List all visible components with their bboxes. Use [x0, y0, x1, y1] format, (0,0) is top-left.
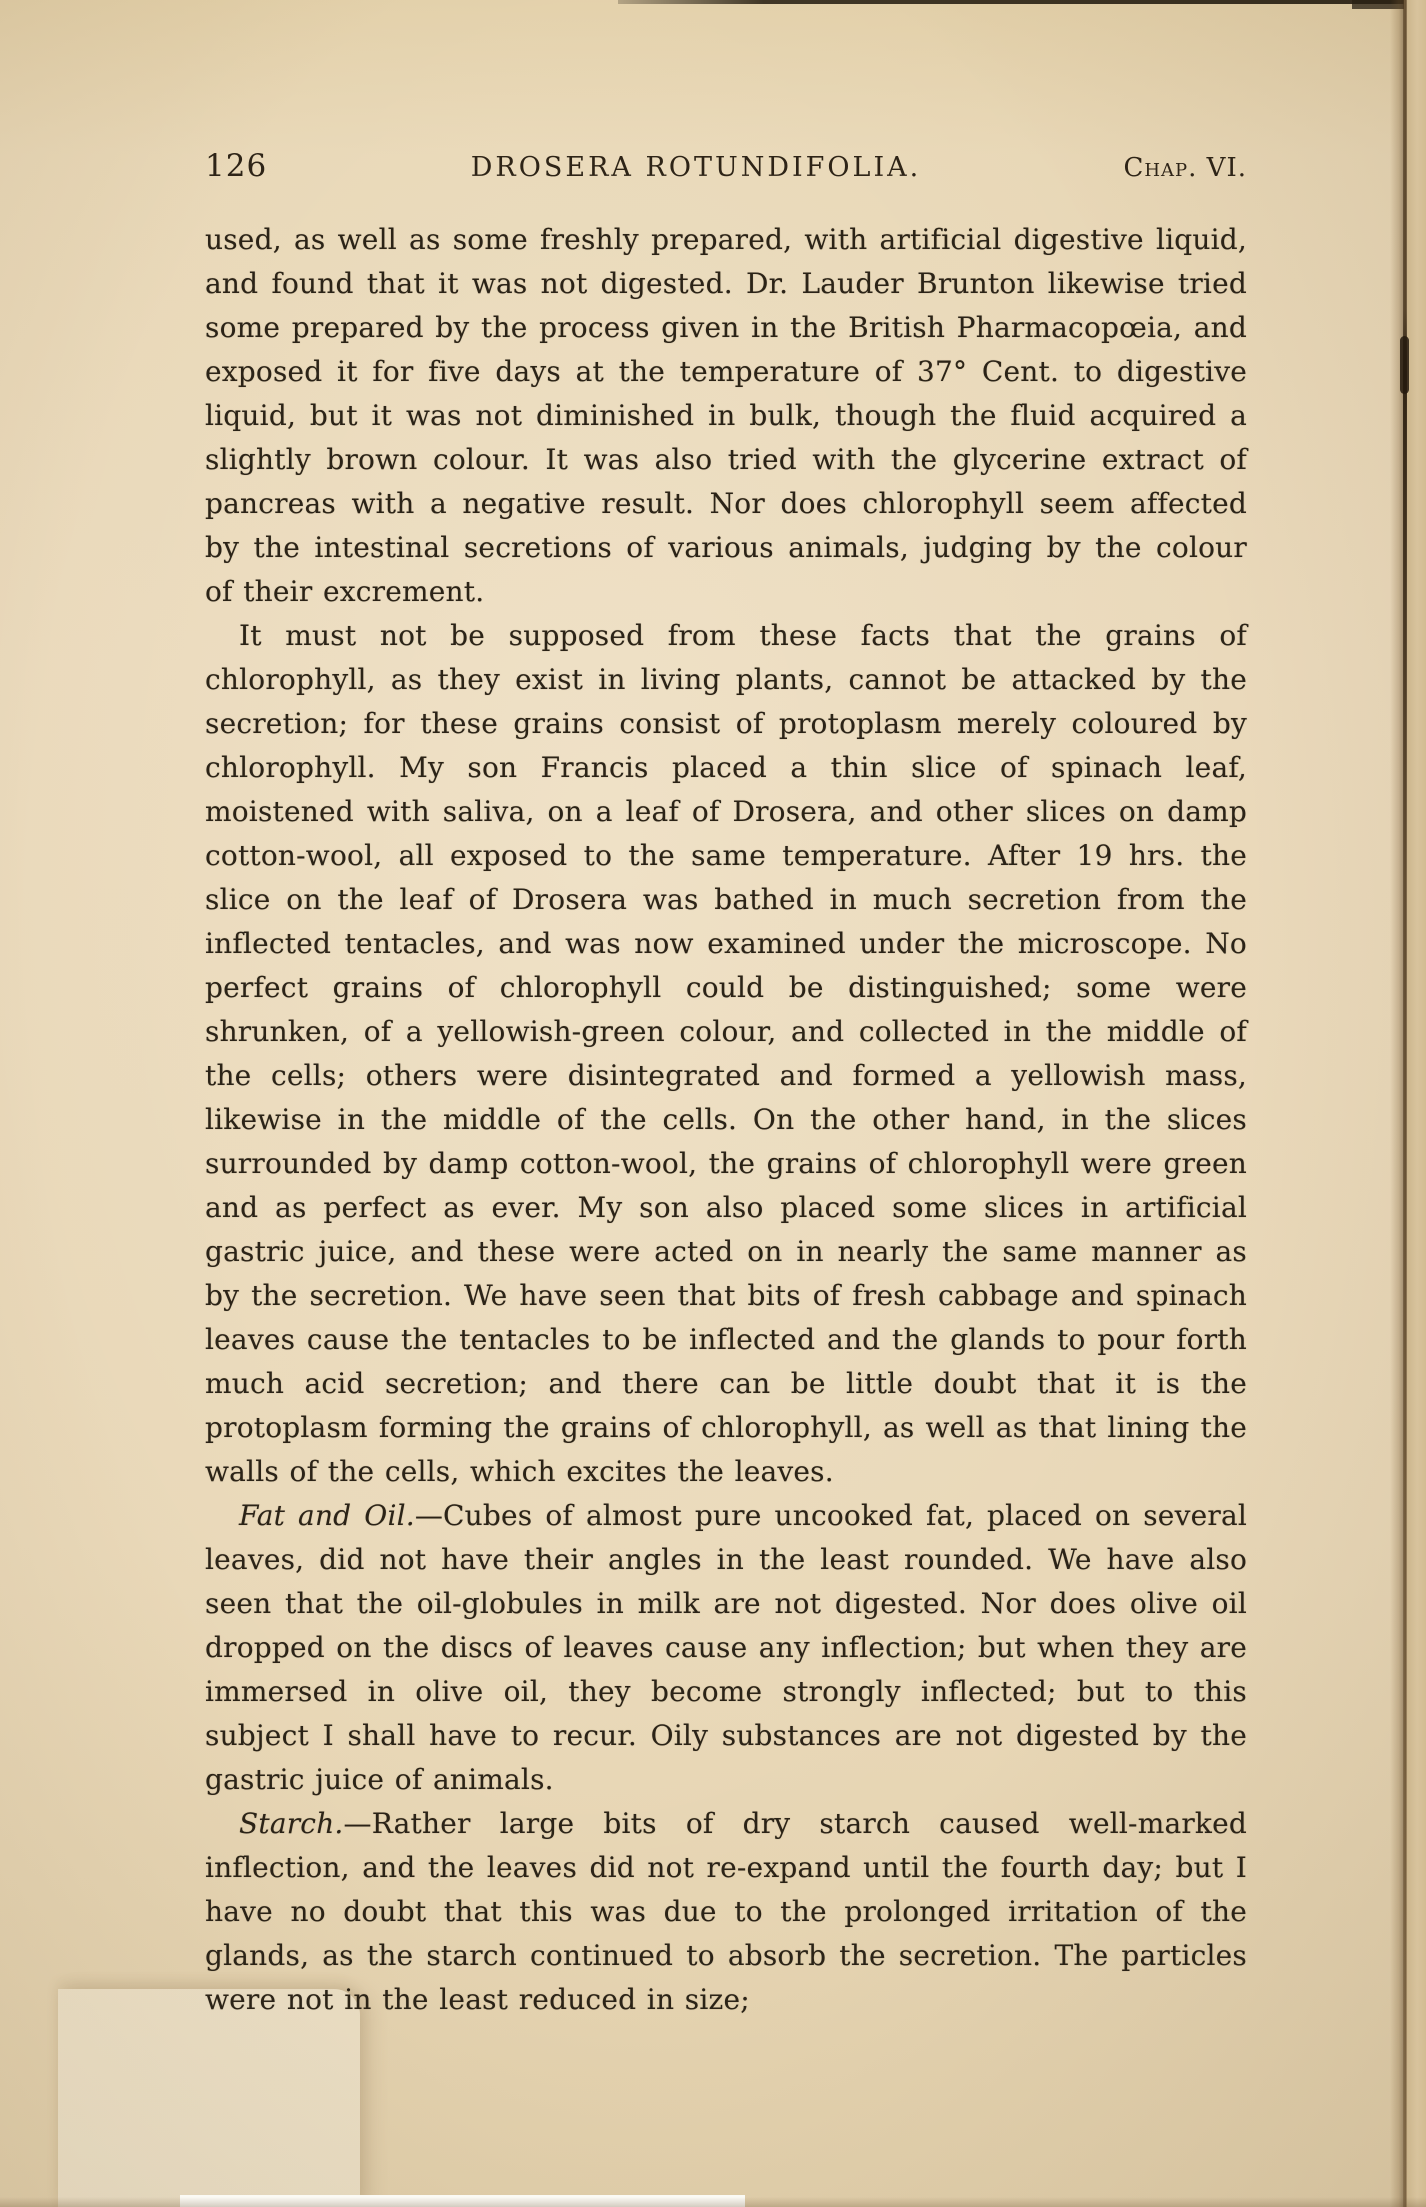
paragraph-lead: Fat and Oil. [239, 1499, 415, 1532]
paragraph: used, as well as some freshly prepared, … [205, 218, 1247, 614]
page-top-edge [618, 0, 1426, 4]
body-text: used, as well as some freshly prepared, … [205, 218, 1247, 2022]
page-number: 126 [205, 148, 295, 184]
page-content: 126 DROSERA ROTUNDIFOLIA. Chap. VI. used… [205, 148, 1247, 2022]
page-bottom-edge [0, 2197, 1426, 2207]
paragraph-text: —Rather large bits of dry starch caused … [205, 1807, 1247, 2016]
paragraph-text: It must not be supposed from these facts… [205, 619, 1247, 1488]
running-title: DROSERA ROTUNDIFOLIA. [295, 152, 1097, 183]
page-right-edge [1404, 0, 1426, 2207]
paragraph-text: used, as well as some freshly prepared, … [205, 223, 1247, 608]
paragraph: Starch.—Rather large bits of dry starch … [205, 1802, 1247, 2022]
scanned-book-page: 126 DROSERA ROTUNDIFOLIA. Chap. VI. used… [0, 0, 1426, 2207]
paragraph: It must not be supposed from these facts… [205, 614, 1247, 1494]
page-header: 126 DROSERA ROTUNDIFOLIA. Chap. VI. [205, 148, 1247, 184]
page-edge-ink-mark [1400, 336, 1409, 394]
paragraph-lead: Starch. [239, 1807, 344, 1840]
page-right-edge-line [1403, 0, 1407, 2207]
paragraph-text: —Cubes of almost pure uncooked fat, plac… [205, 1499, 1247, 1796]
chapter-heading: Chap. VI. [1097, 153, 1247, 183]
paragraph: Fat and Oil.—Cubes of almost pure uncook… [205, 1494, 1247, 1802]
